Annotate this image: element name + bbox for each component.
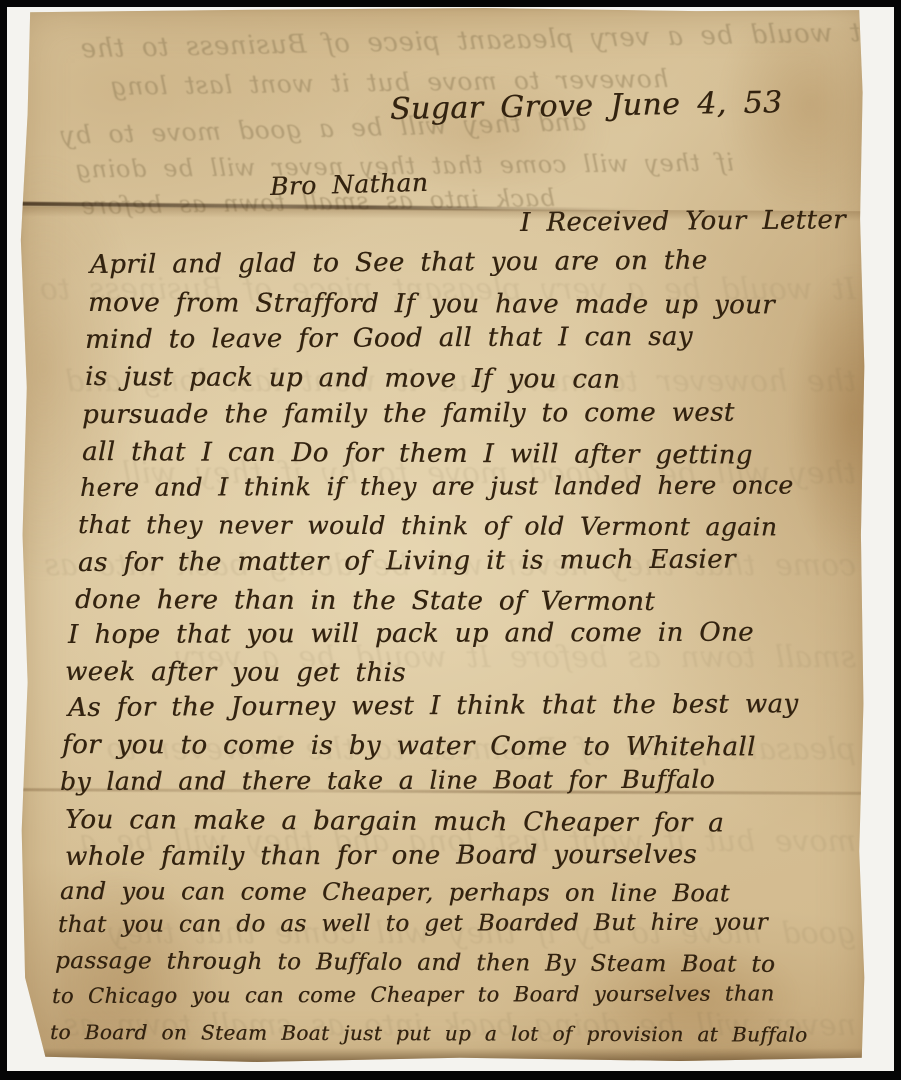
letter-line: here and I think if they are just landed… xyxy=(80,471,794,502)
letter-line: pursuade the family the family to come w… xyxy=(82,398,735,430)
letter-line: I hope that you will pack up and come in… xyxy=(68,618,754,650)
letter-line: April and glad to See that you are on th… xyxy=(90,246,708,280)
letter-line: done here than in the State of Vermont xyxy=(75,585,655,617)
letter-line: that you can do as well to get Boarded B… xyxy=(58,910,768,938)
letter-line: As for the Journey west I think that the… xyxy=(68,689,799,723)
letter-line: move from Strafford If you have made up … xyxy=(88,288,775,320)
letter-line: passage through to Buffalo and then By S… xyxy=(55,948,775,978)
letter-line: by land and there take a line Boat for B… xyxy=(60,765,715,796)
letter-line: week after you get this xyxy=(65,657,406,688)
letter-line: to Board on Steam Boat just put up a lot… xyxy=(50,1020,808,1047)
letter-line: is just pack up and move If you can xyxy=(85,362,620,395)
letter-line: that they never would think of old Vermo… xyxy=(78,510,777,541)
scan-frame: It would be a very pleasant piece of Bus… xyxy=(0,0,901,1080)
letter-line: mind to leave for Good all that I can sa… xyxy=(85,322,693,355)
opening-line-text: I Received Your Letter xyxy=(520,205,846,238)
letter-line: all that I can Do for them I will after … xyxy=(82,437,753,471)
salutation-text: Bro Nathan xyxy=(270,168,429,201)
letter-line: for you to come is by water Come to Whit… xyxy=(62,730,756,762)
letter-paper: It would be a very pleasant piece of Bus… xyxy=(20,8,866,1062)
letter-line: and you can come Cheaper, perhaps on lin… xyxy=(60,877,730,907)
ghost-bleedthrough-line: It would be a very pleasant piece of Bus… xyxy=(80,18,872,65)
dateline-text: Sugar Grove June 4, 53 xyxy=(390,85,783,127)
letter-line: You can make a bargain much Cheaper for … xyxy=(65,805,724,838)
paper-stain xyxy=(720,28,870,218)
letter-line: to Chicago you can come Cheaper to Board… xyxy=(52,981,775,1008)
letter-line: whole family than for one Board yourselv… xyxy=(65,840,697,872)
letter-line: as for the matter of Living it is much E… xyxy=(78,545,736,578)
